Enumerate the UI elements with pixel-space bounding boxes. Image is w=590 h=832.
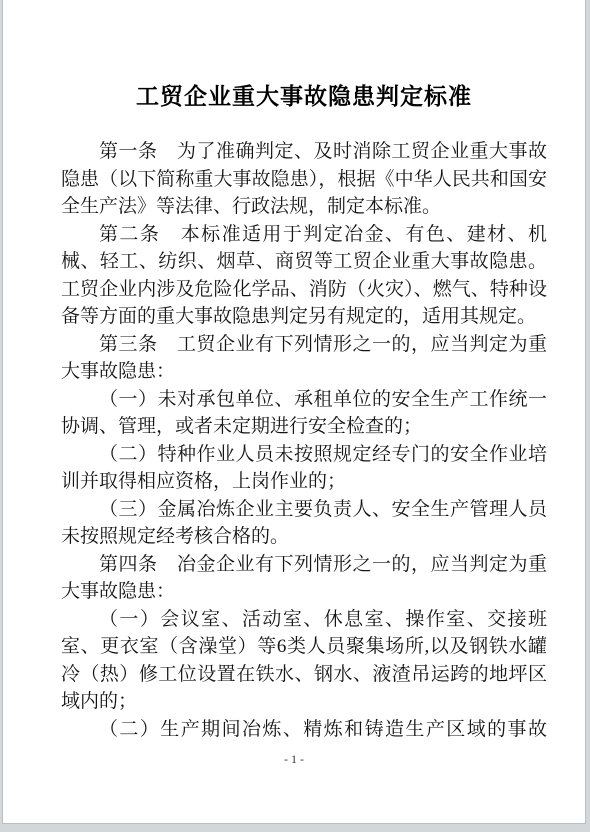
- page-title: 工贸企业重大事故隐患判定标准: [61, 82, 547, 112]
- paragraph: 第二条 本标准适用于判定冶金、有色、建材、机械、轻工、纺织、烟草、商贸等工贸企业…: [61, 221, 547, 331]
- paragraph: （二）特种作业人员未按照规定经专门的安全作业培训并取得相应资格，上岗作业的；: [61, 441, 547, 496]
- paragraph: （一）会议室、活动室、休息室、操作室、交接班室、更衣室（含澡堂）等6类人员聚集场…: [61, 606, 547, 716]
- paragraph: 第一条 为了准确判定、及时消除工贸企业重大事故隐患（以下简称重大事故隐患），根据…: [61, 138, 547, 221]
- document-page: 工贸企业重大事故隐患判定标准 第一条 为了准确判定、及时消除工贸企业重大事故隐患…: [2, 0, 586, 824]
- document-body: 第一条 为了准确判定、及时消除工贸企业重大事故隐患（以下简称重大事故隐患），根据…: [61, 138, 547, 745]
- page-number: - 1 -: [3, 752, 585, 767]
- paragraph: （三）金属冶炼企业主要负责人、安全生产管理人员未按照规定经考核合格的。: [61, 496, 547, 551]
- document-viewer: 工贸企业重大事故隐患判定标准 第一条 为了准确判定、及时消除工贸企业重大事故隐患…: [0, 0, 590, 832]
- paragraph: 第四条 冶金企业有下列情形之一的，应当判定为重大事故隐患：: [61, 551, 547, 606]
- page-content: 工贸企业重大事故隐患判定标准 第一条 为了准确判定、及时消除工贸企业重大事故隐患…: [3, 0, 585, 745]
- paragraph: 第三条 工贸企业有下列情形之一的，应当判定为重大事故隐患：: [61, 331, 547, 386]
- paragraph: （一）未对承包单位、承租单位的安全生产工作统一协调、管理，或者未定期进行安全检查…: [61, 386, 547, 441]
- paragraph: （二）生产期间冶炼、精炼和铸造生产区域的事故坑、炉下渣坑，以及熔融金属泄漏和喷溅…: [61, 716, 547, 746]
